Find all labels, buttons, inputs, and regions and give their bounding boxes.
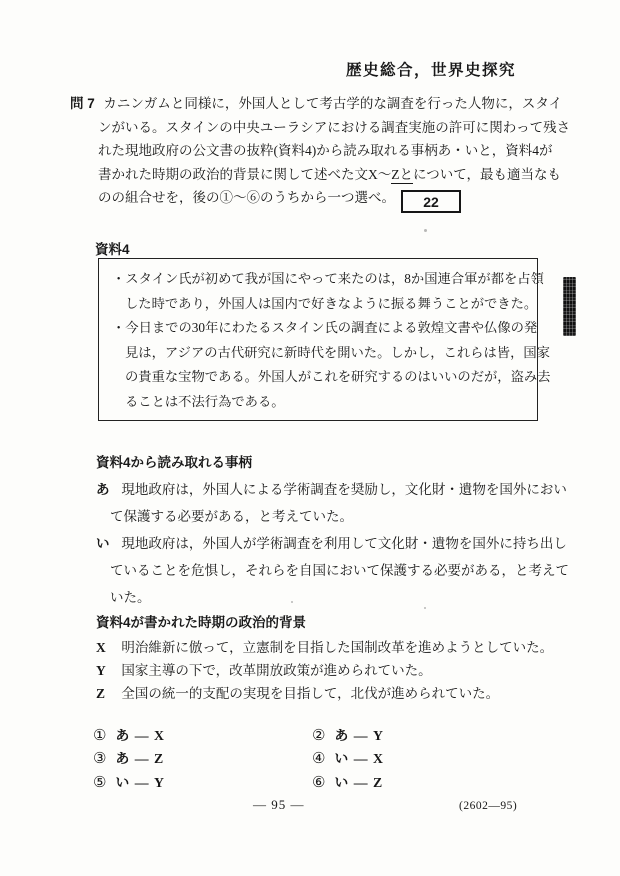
question-text: 書かれた時期の政治的背景に関して述べた文X～ [98, 167, 391, 182]
background-item-z: Z 全国の統一的支配の実現を目指して，北伐が進められていた。 [96, 682, 566, 705]
background-text: 全国の統一的支配の実現を目指して，北伐が進められていた。 [121, 686, 499, 701]
option-3-text: あ ― Z [115, 751, 164, 766]
fact-label-a: あ [96, 476, 118, 503]
background-text: 国家主導の下で，改革開放政策が進められていた。 [121, 663, 431, 678]
option-1: ①あ ― X [93, 724, 312, 747]
fact-text: て保護する必要がある，と考えていた。 [110, 509, 353, 524]
question-line: れた現地政府の公文書の抜粋(資料4)から読み取れる事柄あ・いと，資料4が [70, 139, 570, 163]
source-line: した時であり，外国人は国内で好きなように振る舞うことができた。 [112, 292, 529, 317]
source-line: 見は，アジアの古代研究に新時代を開いた。しかし，これらは皆，国家 [112, 341, 529, 366]
source-bullet-line: ・スタイン氏が初めて我が国にやって来たのは，8か国連合軍が都を占領 [112, 267, 529, 292]
source-line: ることは不法行為である。 [112, 390, 529, 415]
background-item-x: X 明治維新に倣って，立憲制を目指した国制改革を進めようとしていた。 [96, 636, 566, 659]
option-4: ④い ― X [312, 747, 384, 770]
fact-text: 現地政府は，外国人による学術調査を奨励し，文化財・遺物を国外におい [121, 482, 567, 497]
question-line: 書かれた時期の政治的背景に関して述べた文X～Zとについて，最も適当なも [70, 163, 570, 187]
option-6-number: ⑥ [312, 775, 325, 791]
question-line: ンがいる。スタインの中央ユーラシアにおける調査実施の許可に関わって残さ [70, 116, 570, 140]
option-1-text: あ ― X [115, 728, 164, 743]
background-label-x: X [96, 636, 118, 659]
option-2-number: ② [312, 728, 325, 744]
page-number: ― 95 ― [253, 797, 305, 813]
background-heading: 資料4が書かれた時期の政治的背景 [96, 610, 566, 636]
background-item-y: Y 国家主導の下で，改革開放政策が進められていた。 [96, 659, 566, 682]
background-label-z: Z [96, 682, 118, 705]
option-row: ⑤い ― Y ⑥い ― Z [93, 771, 533, 794]
option-5-number: ⑤ [93, 775, 106, 791]
option-2-text: あ ― Y [334, 728, 383, 743]
option-row: ③あ ― Z ④い ― X [93, 747, 533, 770]
option-3: ③あ ― Z [93, 747, 312, 770]
background-text: 明治維新に倣って，立憲制を目指した国制改革を進めようとしていた。 [121, 640, 553, 655]
fact-text: ていることを危惧し，それらを自国において保護する必要がある，と考えて [110, 563, 569, 578]
question-line: 問 7 カニンガムと同様に，外国人として考古学的な調査を行った人物に，スタイ [70, 92, 570, 116]
underlined-text: Zと [391, 167, 413, 184]
source-line: の貴重な宝物である。外国人がこれを研究するのはいいのだが，盗み去 [112, 365, 529, 390]
option-5: ⑤い ― Y [93, 771, 312, 794]
source-4-box: ・スタイン氏が初めて我が国にやって来たのは，8か国連合軍が都を占領 した時であり… [98, 258, 538, 421]
option-6: ⑥い ― Z [312, 771, 383, 794]
background-label-y: Y [96, 659, 118, 682]
option-2: ②あ ― Y [312, 724, 384, 747]
scan-artifact-mark [563, 277, 576, 336]
option-1-number: ① [93, 728, 106, 744]
facts-section: 資料4から読み取れる事柄 あ 現地政府は，外国人による学術調査を奨励し，文化財・… [96, 449, 566, 611]
question-text: について，最も適当なも [413, 167, 561, 182]
fact-text: 現地政府は，外国人が学術調査を利用して文化財・遺物を国外に持ち出し [121, 536, 567, 551]
question-text: れた現地政府の公文書の抜粋(資料4)から読み取れる事柄あ・いと，資料4が [98, 143, 553, 158]
print-code: (2602―95) [459, 800, 517, 812]
facts-heading: 資料4から読み取れる事柄 [96, 449, 566, 476]
scan-speck [291, 601, 293, 603]
fact-item-i-cont: ていることを危惧し，それらを自国において保護する必要がある，と考えて [96, 557, 566, 584]
answer-options: ①あ ― X ②あ ― Y ③あ ― Z ④い ― X ⑤い ― Y ⑥い ― … [93, 724, 533, 794]
source-4-label: 資料4 [95, 238, 130, 258]
option-row: ①あ ― X ②あ ― Y [93, 724, 533, 747]
question-text: カニンガムと同様に，外国人として考古学的な調査を行った人物に，スタイ [103, 96, 562, 111]
option-4-text: い ― X [334, 751, 383, 766]
option-6-text: い ― Z [334, 775, 383, 790]
fact-item-i: い 現地政府は，外国人が学術調査を利用して文化財・遺物を国外に持ち出し [96, 530, 566, 557]
scan-speck [424, 229, 427, 232]
scan-speck [424, 607, 426, 609]
question-text: のの組合せを，後の①～⑥のうちから一つ選べ。 [98, 190, 395, 205]
background-section: 資料4が書かれた時期の政治的背景 X 明治維新に倣って，立憲制を目指した国制改革… [96, 610, 566, 705]
fact-item-i-cont: いた。 [96, 584, 566, 611]
source-bullet-line: ・今日までの30年にわたるスタイン氏の調査による敦煌文書や仏像の発 [112, 316, 529, 341]
question-text: ンがいる。スタインの中央ユーラシアにおける調査実施の許可に関わって残さ [98, 120, 570, 135]
option-4-number: ④ [312, 751, 325, 767]
answer-number-box: 22 [401, 190, 461, 213]
option-5-text: い ― Y [115, 775, 164, 790]
fact-label-i: い [96, 530, 118, 557]
fact-text: いた。 [110, 590, 151, 605]
option-3-number: ③ [93, 751, 106, 767]
fact-item-a-cont: て保護する必要がある，と考えていた。 [96, 503, 566, 530]
fact-item-a: あ 現地政府は，外国人による学術調査を奨励し，文化財・遺物を国外におい [96, 476, 566, 503]
question-number-label: 問 7 [70, 92, 100, 116]
question-line: のの組合せを，後の①～⑥のうちから一つ選べ。22 [70, 186, 570, 210]
page-title: 歴史総合，世界史探究 [346, 58, 516, 80]
question-7: 問 7 カニンガムと同様に，外国人として考古学的な調査を行った人物に，スタイ ン… [70, 92, 570, 210]
